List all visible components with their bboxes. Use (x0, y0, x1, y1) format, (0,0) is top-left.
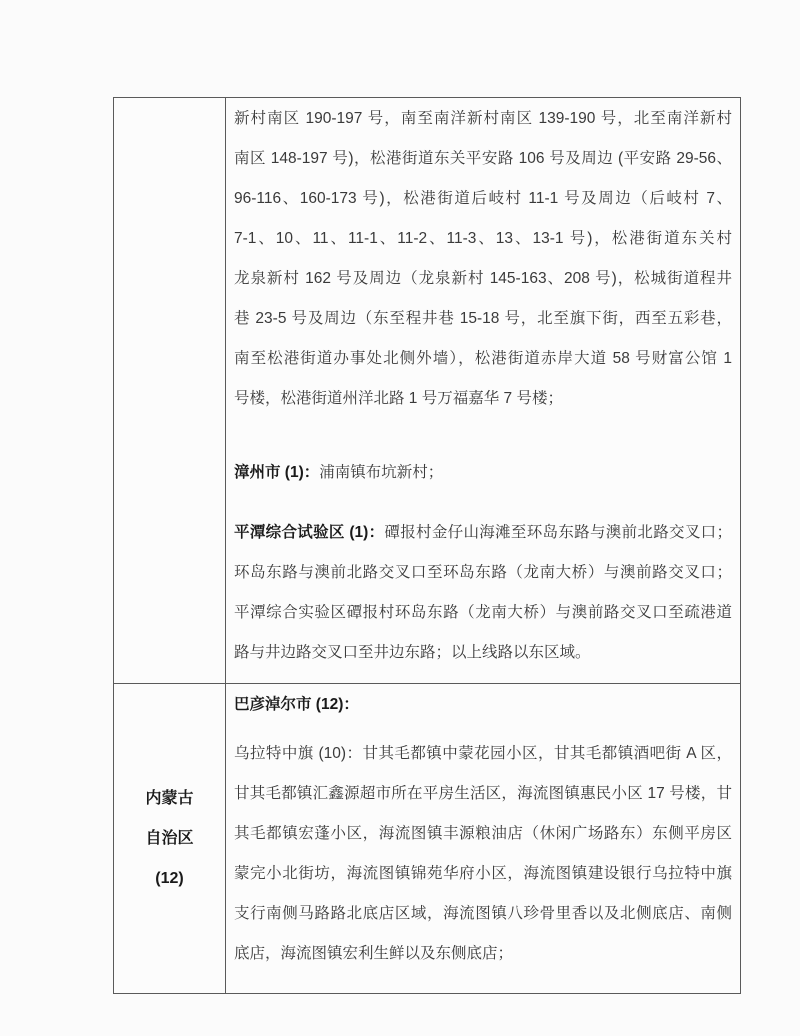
paragraph-bayannur: 巴彦淖尔市 (12)： (234, 685, 732, 725)
text-line: 7-1、10、11、11-1、11-2、11-3、13、13-1 号)，松港街道… (234, 219, 732, 259)
risk-area-table: 新村南区 190-197 号，南至南洋新村南区 139-190 号，北至南洋新村… (113, 97, 741, 994)
text-line: 南至松港街道办事处北侧外墙），松港街道赤岸大道 58 号财富公馆 1 (234, 339, 732, 379)
text-line: 巴彦淖尔市 (12)： (234, 685, 732, 725)
text-line: 路与井边路交叉口至井边东路；以上线路以东区域。 (234, 633, 732, 673)
content-cell-fujian: 新村南区 190-197 号，南至南洋新村南区 139-190 号，北至南洋新村… (226, 98, 740, 683)
city-label-bayannur: 巴彦淖尔市 (12)： (234, 696, 359, 713)
text-line: 甘其毛都镇汇鑫源超市所在平房生活区，海流图镇惠民小区 17 号楼，甘 (234, 774, 732, 814)
paragraph-wulatezhongqi: 乌拉特中旗 (10)：甘其毛都镇中蒙花园小区，甘其毛都镇酒吧街 A 区， 甘其毛… (234, 734, 732, 974)
table-row-inner-mongolia: 内蒙古 自治区 (12) 巴彦淖尔市 (12)： 乌拉特中旗 (10)：甘其毛都… (114, 683, 740, 993)
text-line: 平潭综合试验区 (1)：磹报村金仔山海滩至环岛东路与澳前北路交叉口； (234, 513, 732, 553)
document-page: 新村南区 190-197 号，南至南洋新村南区 139-190 号，北至南洋新村… (0, 0, 800, 1036)
content-cell-inner-mongolia: 巴彦淖尔市 (12)： 乌拉特中旗 (10)：甘其毛都镇中蒙花园小区，甘其毛都镇… (226, 684, 740, 993)
paragraph-pingtan: 平潭综合试验区 (1)：磹报村金仔山海滩至环岛东路与澳前北路交叉口； 环岛东路与… (234, 513, 732, 673)
region-name-line: 自治区 (145, 819, 193, 859)
region-name-line: 内蒙古 (145, 779, 193, 819)
text-line: 龙泉新村 162 号及周边（龙泉新村 145-163、208 号)，松城街道程井 (234, 259, 732, 299)
table-row-fujian: 新村南区 190-197 号，南至南洋新村南区 139-190 号，北至南洋新村… (114, 98, 740, 683)
text-line: 环岛东路与澳前北路交叉口至环岛东路（龙南大桥）与澳前路交叉口； (234, 553, 732, 593)
text-line: 南区 148-197 号)，松港街道东关平安路 106 号及周边 (平安路 29… (234, 139, 732, 179)
text-line: 漳州市 (1)：浦南镇布坑新村； (234, 453, 732, 493)
region-cell-empty (114, 98, 226, 683)
region-cell-inner-mongolia: 内蒙古 自治区 (12) (114, 684, 226, 993)
paragraph-fujian-continuation: 新村南区 190-197 号，南至南洋新村南区 139-190 号，北至南洋新村… (234, 99, 732, 419)
text-line: 巷 23-5 号及周边（东至程井巷 15-18 号，北至旗下街，西至五彩巷， (234, 299, 732, 339)
city-label-pingtan: 平潭综合试验区 (1)： (234, 524, 384, 541)
city-label-zhangzhou: 漳州市 (1)： (234, 464, 319, 481)
text-line: 乌拉特中旗 (10)：甘其毛都镇中蒙花园小区，甘其毛都镇酒吧街 A 区， (234, 734, 732, 774)
text-line: 96-116、160-173 号)，松港街道后岐村 11-1 号及周边（后岐村 … (234, 179, 732, 219)
region-count-line: (12) (155, 859, 183, 899)
city-text-pingtan: 磹报村金仔山海滩至环岛东路与澳前北路交叉口； (384, 524, 732, 541)
text-line: 底店，海流图镇宏利生鲜以及东侧底店； (234, 934, 732, 974)
text-line: 蒙完小北街坊，海流图镇锦苑华府小区，海流图镇建设银行乌拉特中旗 (234, 854, 732, 894)
text-line: 平潭综合实验区磹报村环岛东路（龙南大桥）与澳前路交叉口至疏港道 (234, 593, 732, 633)
text-line: 号楼，松港街道州洋北路 1 号万福嘉华 7 号楼； (234, 379, 732, 419)
city-text-zhangzhou: 浦南镇布坑新村； (319, 464, 443, 481)
text-line: 新村南区 190-197 号，南至南洋新村南区 139-190 号，北至南洋新村 (234, 99, 732, 139)
text-line: 其毛都镇宏蓬小区，海流图镇丰源粮油店（休闲广场路东）东侧平房区 (234, 814, 732, 854)
paragraph-zhangzhou: 漳州市 (1)：浦南镇布坑新村； (234, 453, 732, 493)
text-line: 支行南侧马路路北底店区域，海流图镇八珍骨里香以及北侧底店、南侧 (234, 894, 732, 934)
